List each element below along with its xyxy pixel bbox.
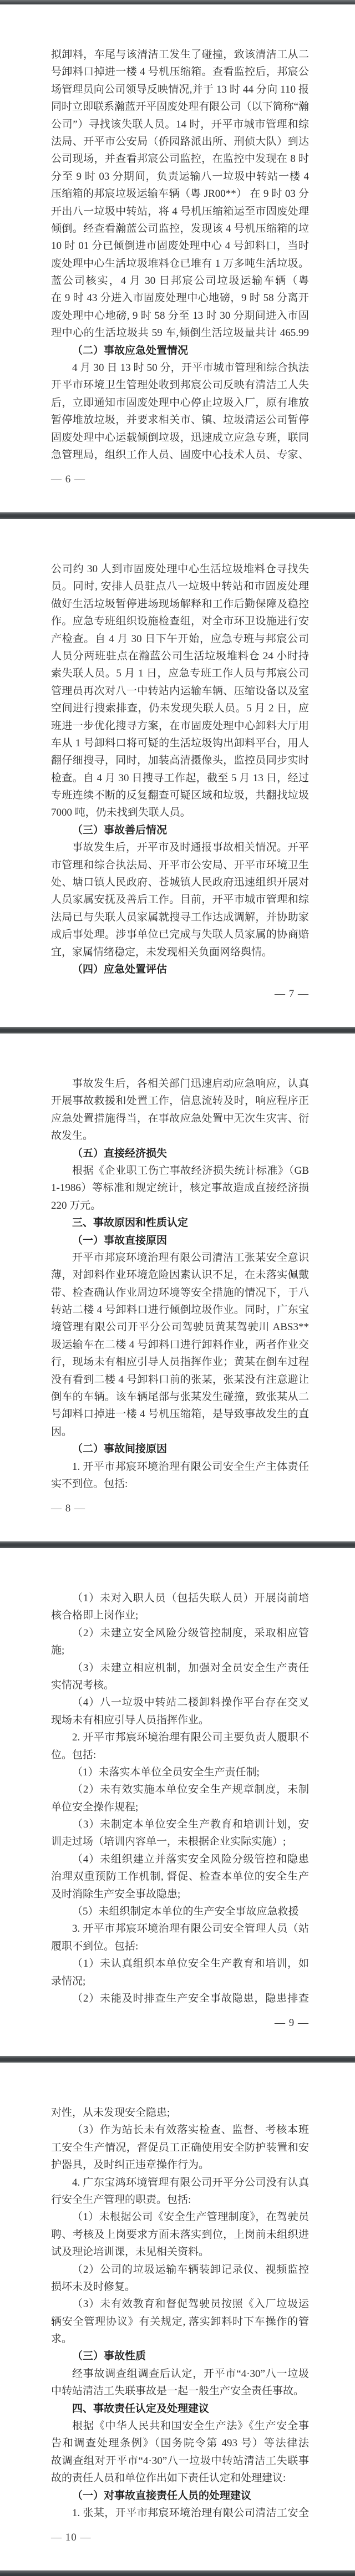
text-line: 拟卸料，车尾与该清洁工发生了碰撞，致该清洁工从二楼 4 [51,46,309,63]
text-line: 对性，从未发现安全隐患; [51,2104,309,2121]
document-page: 事故发生后，各相关部门迅速启动应急响应，认真组织开展事故救援和处置工作，信息流转… [0,1034,355,1541]
text-line: 人员家属安抚及善后工作。目前，开平市城市管理和综合执 [51,891,309,908]
document-page: 公司约 30 人到市固废处理中心生活垃圾堆料仓寻找失联人员。同时, 安排人员驻点… [0,519,355,1027]
page-number: — 10 — [51,2532,309,2544]
text-line: 7000 吨，仍未找到失联人员。 [51,804,309,821]
section-heading: （一）对事故直接责任人员的处理建议 [51,2487,309,2504]
text-line: （1）未根据公司《安全生产管理制度》，在驾驶员招 [51,2208,309,2226]
page-separator-bar [0,2056,355,2063]
section-heading: （五）直接经济损失 [51,1145,309,1162]
text-line: 废处理中心生活垃圾堆料仓已堆有 1 万多吨生活垃圾。据瀚 [51,255,309,272]
text-line: （1）未对入职人员（包括失联人员）开展岗前培训考 [51,1590,309,1607]
text-line: 录情况; [51,1973,309,1990]
text-line: （3）未制定本单位安全生产教育和培训计划，安全培 [51,1816,309,1833]
text-line: 没有看到二楼 4 号卸料口前的张某，张某没有注意避让正在 [51,1371,309,1388]
text-line: 经事故调查组调查后认定，开平市“4·30”八一垃圾 [51,2365,309,2382]
text-line: 开平市邦宸环境治理有限公司清洁工张某安全意识淡 [51,1249,309,1266]
text-line: （5）未组织制定本单位的生产安全事故应急救援预案。 [51,1903,309,1920]
page-separator-bar [0,1027,355,1034]
text-line: 做好生活垃圾暂停进场现场解释和工作后勤保障及稳控工 [51,595,309,613]
text-line: 行，现场未有相应引导人员指挥作业；黄某在倒车过程中， [51,1353,309,1371]
text-line: 4 月 30 日 13 时 50 分，开平市城市管理和综合执法局、 [51,359,309,376]
text-line: 故发生。 [51,1127,309,1144]
text-line: 暂停堆放垃圾，并要求相关市、镇、垃圾清运公司暂停向市 [51,411,309,429]
text-line: 聘、考核及上岗要求方面未落实到位，上岗前未组织进行笔 [51,2226,309,2243]
section-heading: （一）事故直接原因 [51,1232,309,1249]
text-line: 带、检查确认作业周边环境等安全措施的情况下，于八一中 [51,1284,309,1301]
section-heading: 三、事故原因和性质认定 [51,1214,309,1231]
text-line: 公司约 30 人到市固废处理中心生活垃圾堆料仓寻找失联人 [51,561,309,578]
text-line: （2）未有效实施本单位安全生产规章制度，未制定本 [51,1781,309,1798]
text-line: 事故发生后，各相关部门迅速启动应急响应，认真组织 [51,1075,309,1092]
text-line: 开出八一垃圾中转站，将 4 号机压缩箱运至市固废处理中心 [51,203,309,220]
text-line: 工安全生产情况，督促员工正确使用安全防护装置和安全防 [51,2139,309,2156]
text-line: 1. 开平市邦宸环境治理有限公司安全生产主体责任落 [51,1458,309,1475]
text-line: 压缩箱的邦宸垃圾运输车辆（粤 JR00**） 在 9 时 03 分已经 [51,185,309,202]
text-line: 220 万元。 [51,1197,309,1214]
text-line: 实情况考核。 [51,1677,309,1694]
page-number: — 6 — [51,474,309,486]
text-line: 开展事故救援和处置工作，信息流转及时，响应程序正确， [51,1092,309,1109]
text-line: （3）未建立相应机制，加强对全员安全生产责任制落 [51,1659,309,1677]
text-line: （4）八一垃圾中转站二楼卸料操作平台存在交叉作业， [51,1694,309,1711]
text-line: 宜，家属情绪稳定，未发现相关负面网络舆情。 [51,944,309,961]
text-line: 开平市环境卫生管理处收到邦宸公司反映有清洁工人失联 [51,376,309,394]
text-line: 废处理中心地磅, 9 时 58 分至 13 时 30 分期间进入市固废处 [51,307,309,324]
text-line: 试及理论培训课，未见相关资料。 [51,2243,309,2261]
text-line: （1）未落实本单位全员安全生产责任制; [51,1764,309,1781]
text-line: （2）公司的垃圾运输车辆装卸记录仪、视频监控功能 [51,2261,309,2278]
text-line: 中转站清洁工失联事故是一起一般生产安全责任事故。 [51,2382,309,2400]
text-line: 成后事处理。涉事单位已完成与失联人员家属的协商赔偿事 [51,926,309,943]
text-line: 根据《中华人民共和国安全生产法》《生产安全事故报 [51,2417,309,2435]
text-line: 在 9 时 43 分进入市固废处理中心地磅，9 时 58 分离开市固 [51,289,309,307]
text-line: 2. 开平市邦宸环境治理有限公司主要负责人履职不到 [51,1729,309,1746]
text-line: 故调查组对开平市“4·30”八一垃圾中转站清洁工失联事 [51,2452,309,2470]
text-line: 管理员再次对八一中转站内运输车辆、压缩设备以及室内外 [51,683,309,700]
text-line: 处、塘口镇人民政府、苍城镇人民政府迅速组织开展对失联 [51,874,309,891]
text-line: 车从 1 号卸料口将可疑的生活垃圾钩出卸料平台，用人工扒 [51,735,309,752]
text-line: 作。应急专班组织设施检查组，对全市环卫设施进行安全生 [51,613,309,630]
text-line: 故的责任人员和单位作出如下责任认定和处理建议: [51,2470,309,2487]
section-heading: （三）事故性质 [51,2348,309,2365]
text-line: 施; [51,1642,309,1659]
text-line: 因。 [51,1423,309,1440]
page-separator-bar [0,1541,355,1548]
text-line: 号卸料口掉进一楼 4 号机压缩箱，是导致事故发生的直接原 [51,1406,309,1423]
text-line: 同时立即联系瀚蓝开平固废处理有限公司（以下简称“瀚蓝 [51,98,309,115]
text-line: 损坏未及时修复。 [51,2278,309,2295]
text-line: 治理双重预防工作机制, 督促、检查本单位的安全生产工作, [51,1868,309,1885]
text-line: 薄，对卸料作业环境危险因素认识不足，在未落实佩戴安全 [51,1266,309,1284]
text-line: 法局、开平市公安局（侨园路派出所、刑侦大队）到达邦宸 [51,133,309,150]
text-line: 履职不到位。包括: [51,1938,309,1955]
text-line: 境管理有限公司开平分公司驾驶员黄某驾驶川 ABS3**号垃 [51,1318,309,1336]
page-number: — 8 — [51,1503,309,1515]
text-line: 产检查。自 4 月 30 日下午开始，应急专班与邦宸公司工作 [51,630,309,648]
text-line: 急管理局，组织工作人员、固废中心技术人员、专家、邦宸 [51,446,309,464]
text-line: 核合格即上岗作业; [51,1607,309,1624]
text-line: 固废处理中心运载倾倒垃圾，迅速成立应急专班，联同市应 [51,429,309,446]
text-line: 号卸料口掉进一楼 4 号机压缩箱。查看监控后，邦宸公司站 [51,63,309,80]
text-line: 单位安全操作规程; [51,1799,309,1816]
text-line: 市管理和综合执法局、开平市公安局、开平市环境卫生管理 [51,857,309,874]
text-line: 人员分两班驻点在瀚蓝公司生活垃圾堆料仓 24 小时持续搜 [51,648,309,665]
text-line: 4. 广东宝鸿环境管理有限公司开平分公司没有认真履 [51,2174,309,2191]
section-heading: （三）事故善后情况 [51,822,309,839]
document-page: 对性，从未发现安全隐患;（3）作为站长未有效落实检查、监督、考核本班组员工安全生… [0,2063,355,2570]
text-line: 3. 开平市邦宸环境治理有限公司安全管理人员（站长） [51,1920,309,1937]
text-line: 翻仔细搜寻，同时，加装高清摄像头，监控员同步实时监控 [51,752,309,769]
text-line: 根据《企业职工伤亡事故经济损失统计标准》（GB 672 [51,1162,309,1179]
text-line: （4）未组织建立并落实安全风险分级管控和隐患排查 [51,1851,309,1868]
text-line: 公司”）寻找该失联人员。14 时，开平市城市管理和综合执 [51,116,309,133]
text-line: 1. 张某，开平市邦宸环境治理有限公司清洁工安全意识 [51,2504,309,2522]
text-line: 应急处置措施得当，在事故应急处置中无次生灾害、衍生事 [51,1110,309,1127]
text-line: 理中心的生活垃圾共 59 车,倾倒生活垃圾量共计 465.99 吨。 [51,324,309,342]
text-line: 护器具，及时纠正违章操作行为。 [51,2156,309,2173]
text-line: （2）未建立安全风险分级管控制度，采取相应管控措 [51,1625,309,1642]
text-line: 空间进行搜索排查，仍未发现失联人员。5 月 2 日，应急专 [51,700,309,717]
text-line: 公司现场，并查看邦宸公司监控，在监控中发现在 8 时 33 [51,150,309,167]
document-top-edge-bar [0,0,355,4]
text-line: 1-1986）等标准和规定统计，核定事故造成直接经济损失约 [51,1179,309,1197]
text-line: 索失联人员。5 月 1 日，应急专班工作人员与邦宸公司站场 [51,665,309,682]
text-line: 场管理员向公司领导反映情况,并于 13 时 44 分向 110 报警， [51,81,309,98]
text-line: 圾运输车在二楼 4 号卸料口进行卸料作业，两者作业交叉进 [51,1336,309,1353]
page-number: — 9 — [51,2017,309,2029]
section-heading: 四、事故责任认定及处理建议 [51,2400,309,2417]
text-line: 及时消除生产安全事故隐患; [51,1886,309,1903]
text-line: 10 时 01 分已倾倒进市固废处理中心 4 号卸料口，当时市固 [51,237,309,254]
page-separator-bar [0,512,355,519]
text-line: 法局已与失联人员家属就搜寻工作达成调解，并协助家属完 [51,909,309,926]
section-heading: （二）事故间接原因 [51,1440,309,1458]
text-line: 求。 [51,2330,309,2348]
text-line: 分至 9 时 03 分期间，负责运输八一垃圾中转站一楼 4 号机 [51,168,309,185]
text-line: 专班连续不断的反复翻查可疑区域和垃圾，共翻找垃圾量约 [51,787,309,804]
document-page: （1）未对入职人员（包括失联人员）开展岗前培训考核合格即上岗作业;（2）未建立安… [0,1548,355,2056]
section-heading: （四）应急处置评估 [51,961,309,978]
text-line: 转站二楼 4 号卸料口进行倾倒垃圾作业。同时，广东宝鸿环 [51,1301,309,1318]
text-line: （2）未能及时排查生产安全事故隐患，隐患排查无针 [51,1990,309,2007]
section-heading: （二）事故应急处置情况 [51,342,309,359]
text-line: 告和调查处理条例》（国务院令第 493 号）等法律法规，事 [51,2435,309,2452]
text-line: （3）作为站长未有效落实检查、监督、考核本班组员 [51,2121,309,2139]
text-line: 辆安全管理协议》有关规定, 落实卸料时下车操作的管理要 [51,2313,309,2330]
text-line: 后，立即通知市固废处理中心停止垃圾入厂，原有堆放区域 [51,394,309,411]
text-line: 班进一步优化搜寻方案，在市固废处理中心卸料大厅用钩机 [51,717,309,735]
text-line: 训走过场（培训内容单一，未根据企业实际实施）; [51,1833,309,1850]
page-number: — 7 — [51,988,309,1000]
document-page: 拟卸料，车尾与该清洁工发生了碰撞，致该清洁工从二楼 4号卸料口掉进一楼 4 号机… [0,4,355,512]
text-line: 倾倒。经查看瀚蓝公司监控，发现该 4 号机压缩箱的垃圾在 [51,220,309,237]
text-line: 位。包括: [51,1747,309,1764]
text-line: （3）未有效教育和督促驾驶员按照《入厂垃圾运输车 [51,2295,309,2313]
document-bottom-edge-bar [0,2570,355,2576]
text-line: 事故发生后，开平市及时通报事故相关情况。开平市城 [51,839,309,856]
text-line: （1）未认真组织本单位安全生产教育和培训，如实记 [51,1955,309,1972]
text-line: 行安全生产管理的职责。包括: [51,2191,309,2208]
text-line: 员。同时, 安排人员驻点八一垃圾中转站和市固废处理中心， [51,578,309,595]
text-line: 蓝公司核实，4 月 30 日邦宸公司垃圾运输车辆（粤 JR00**） [51,272,309,289]
text-line: 实不到位。包括: [51,1475,309,1493]
document-pages: 拟卸料，车尾与该清洁工发生了碰撞，致该清洁工从二楼 4号卸料口掉进一楼 4 号机… [0,4,355,2570]
text-line: 现场未有相应引导人员指挥作业。 [51,1712,309,1729]
text-line: 倒车的车辆。该车辆尾部与张某发生碰撞，致张某从二楼 4 [51,1388,309,1406]
text-line: 检查。自 4 月 30 日搜寻工作起，截至 5 月 13 日，经过应急 [51,770,309,787]
